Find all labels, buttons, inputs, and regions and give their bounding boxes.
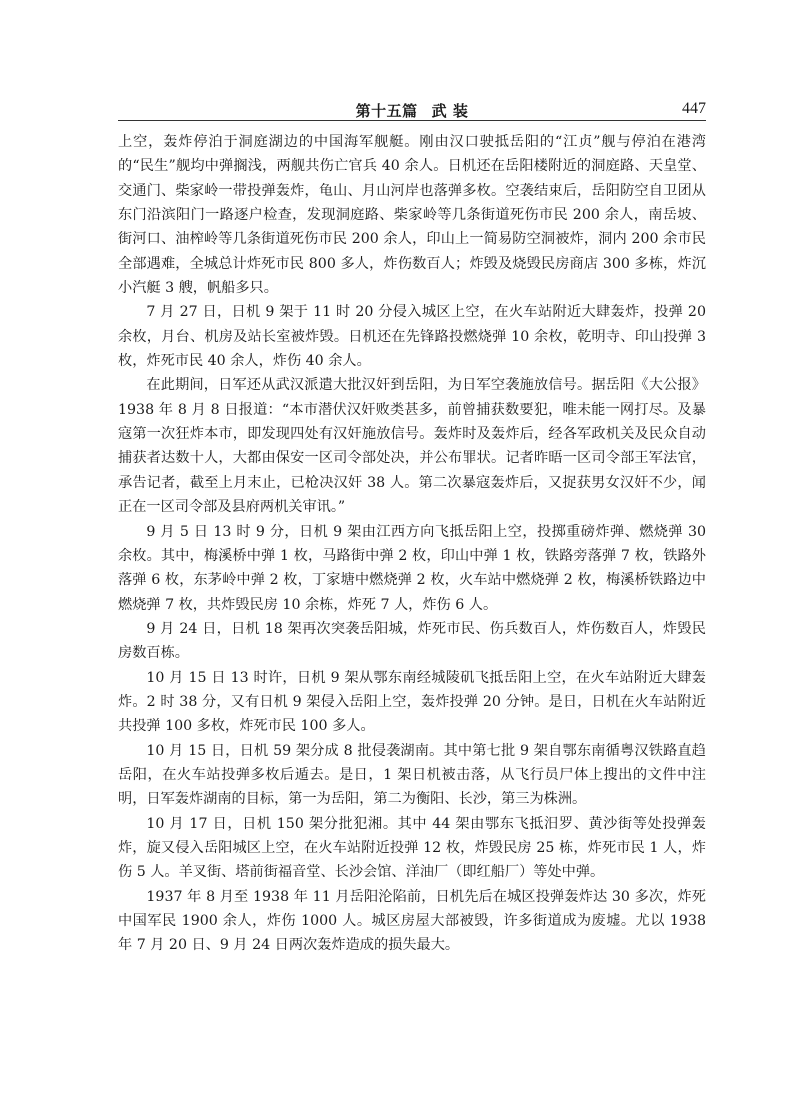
paragraph: 9 月 24 日，日机 18 架再次突袭岳阳城，炸死市民、伤兵数百人，炸伤数百人… [118,617,706,666]
paragraph: 9 月 5 日 13 时 9 分，日机 9 架由江西方向飞抵岳阳上空，投掷重磅炸… [118,520,706,617]
section-name: 武 装 [432,102,469,120]
paragraph: 7 月 27 日，日机 9 架于 11 时 20 分侵入城区上空，在火车站附近大… [118,300,706,373]
body-text: 上空，轰炸停泊于洞庭湖边的中国海军舰艇。刚由汉口驶抵岳阳的“江贞”舰与停泊在港湾… [118,130,706,958]
paragraph: 1937 年 8 月至 1938 年 11 月岳阳沦陷前，日机先后在城区投弹轰炸… [118,885,706,958]
paragraph: 上空，轰炸停泊于洞庭湖边的中国海军舰艇。刚由汉口驶抵岳阳的“江贞”舰与停泊在港湾… [118,130,706,300]
paragraph: 10 月 15 日 13 时许，日机 9 架从鄂东南经城陵矶飞抵岳阳上空，在火车… [118,666,706,739]
header-rule [118,120,706,121]
page-number: 447 [682,100,706,118]
section-heading: 第十五篇武 装 [118,100,706,121]
paragraph: 在此期间，日军还从武汉派遣大批汉奸到岳阳，为日军空袭施放信号。据岳阳《大公报》1… [118,373,706,519]
section-title: 第十五篇 [356,102,418,120]
paragraph: 10 月 15 日，日机 59 架分成 8 批侵袭湖南。其中第七批 9 架自鄂东… [118,739,706,812]
paragraph: 10 月 17 日，日机 150 架分批犯湘。其中 44 架由鄂东飞抵汨罗、黄沙… [118,812,706,885]
